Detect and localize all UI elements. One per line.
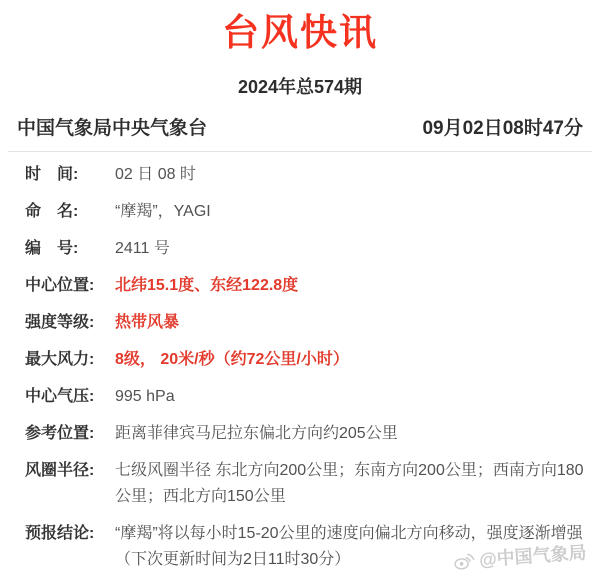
field-label: 风圈半径: (25, 458, 115, 484)
info-row: 中心气压:995 hPa (25, 384, 584, 410)
info-row: 最大风力:8级， 20米/秒（约72公里/小时） (25, 347, 584, 373)
field-value: 2411 号 (115, 236, 584, 262)
field-value: “摩羯”将以每小时15-20公里的速度向偏北方向移动，强度逐渐增强（下次更新时间… (115, 521, 584, 573)
field-label: 最大风力: (25, 347, 115, 373)
field-value: “摩羯”，YAGI (115, 199, 584, 225)
field-value: 热带风暴 (115, 310, 584, 336)
info-row: 命 名:“摩羯”，YAGI (25, 199, 584, 225)
issue-number: 2024年总574期 (0, 77, 600, 98)
info-row: 风圈半径:七级风圈半径 东北方向200公里；东南方向200公里；西南方向180公… (25, 458, 584, 510)
field-label: 中心位置: (25, 273, 115, 299)
info-row: 参考位置:距离菲律宾马尼拉东偏北方向约205公里 (25, 421, 584, 447)
info-row: 预报结论:“摩羯”将以每小时15-20公里的速度向偏北方向移动，强度逐渐增强（下… (25, 521, 584, 573)
publish-time: 09月02日08时47分 (422, 118, 583, 140)
field-label: 中心气压: (25, 384, 115, 410)
info-row: 强度等级:热带风暴 (25, 310, 584, 336)
field-value: 02 日 08 时 (115, 162, 584, 188)
field-label: 编 号: (25, 236, 115, 262)
field-label: 预报结论: (25, 521, 115, 547)
field-value: 北纬15.1度、东经122.8度 (115, 273, 584, 299)
field-label: 命 名: (25, 199, 115, 225)
field-value: 995 hPa (115, 384, 584, 410)
field-label: 时 间: (25, 162, 115, 188)
info-row: 中心位置:北纬15.1度、东经122.8度 (25, 273, 584, 299)
info-table: 时 间:02 日 08 时命 名:“摩羯”，YAGI编 号:2411 号中心位置… (0, 152, 600, 573)
field-label: 强度等级: (25, 310, 115, 336)
agency-name: 中国气象局中央气象台 (17, 118, 207, 140)
field-value: 七级风圈半径 东北方向200公里；东南方向200公里；西南方向180公里；西北方… (115, 458, 584, 510)
page-title: 台风快讯 (0, 0, 600, 54)
info-row: 编 号:2411 号 (25, 236, 584, 262)
typhoon-bulletin: 台风快讯 2024年总574期 中国气象局中央气象台 09月02日08时47分 … (0, 0, 600, 577)
source-row: 中国气象局中央气象台 09月02日08时47分 (0, 118, 600, 140)
field-value: 距离菲律宾马尼拉东偏北方向约205公里 (115, 421, 584, 447)
field-label: 参考位置: (25, 421, 115, 447)
field-value: 8级， 20米/秒（约72公里/小时） (115, 347, 584, 373)
info-row: 时 间:02 日 08 时 (25, 162, 584, 188)
